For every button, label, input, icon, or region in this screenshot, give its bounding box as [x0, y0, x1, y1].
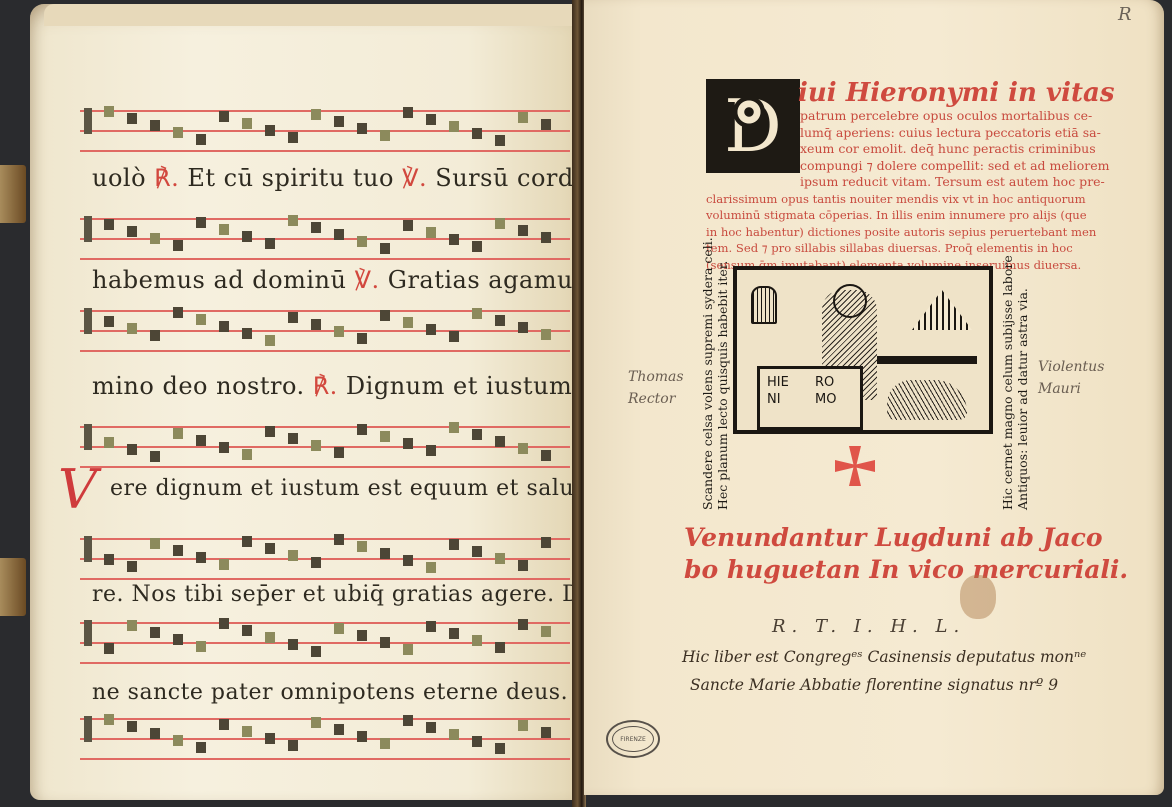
- neume-note: [357, 731, 367, 742]
- neume-note: [265, 632, 275, 643]
- neume-note: [242, 726, 252, 737]
- staff-line: [80, 662, 570, 664]
- ownership-inscription-line1: Hic liber est Congregᵉˢ Casinensis deput…: [682, 648, 1086, 666]
- neume-note: [426, 562, 436, 573]
- neume-note: [403, 438, 413, 449]
- neume-note: [127, 323, 137, 334]
- imprint-colophon: Venundantur Lugduni ab Jaco bo huguetan …: [684, 522, 1128, 586]
- neume-note: [426, 722, 436, 733]
- birdcage-icon: [751, 286, 777, 324]
- neume-note: [380, 310, 390, 321]
- neume-note: [380, 130, 390, 141]
- lyric-line: ere dignum et iustum est equum et saluta: [110, 476, 597, 501]
- neume-note: [541, 537, 551, 548]
- neume-note: [403, 555, 413, 566]
- lyric-line: ne sancte pater omnipotens eterne deus. …: [92, 680, 609, 705]
- woodcut-st-jerome: HIE NI RO MO: [733, 266, 993, 434]
- staff-line: [80, 426, 570, 428]
- neume-note: [449, 234, 459, 245]
- title-line: iui Hieronymi in vitas: [798, 78, 1115, 108]
- neume-note: [127, 113, 137, 124]
- neume-note: [472, 635, 482, 646]
- clef-icon: [84, 216, 92, 242]
- halo-icon: [833, 284, 867, 318]
- neume-note: [334, 116, 344, 127]
- neume-note: [449, 628, 459, 639]
- neume-note: [173, 240, 183, 251]
- music-staff: [80, 104, 570, 156]
- desk-label-right: RO MO: [815, 374, 836, 408]
- neume-note: [150, 627, 160, 638]
- music-staff: [80, 712, 570, 764]
- staff-line: [80, 310, 570, 312]
- verse-left-vertical: Scandere celsa volens supremi sydera cel…: [700, 266, 730, 510]
- neume-note: [495, 315, 505, 326]
- lyric-text: ere dignum et iustum est equum et saluta: [110, 476, 597, 501]
- neume-note: [288, 639, 298, 650]
- neume-note: [219, 618, 229, 629]
- lyric-text: habemus ad dominū: [92, 266, 346, 294]
- neume-note: [150, 728, 160, 739]
- neume-note: [173, 634, 183, 645]
- neume-note: [311, 557, 321, 568]
- lyric-line: uolò ℟. Et cū spiritu tuo ℣. Sursū co…: [92, 164, 630, 192]
- neume-note: [242, 231, 252, 242]
- neume-note: [541, 450, 551, 461]
- paragraph-line: patrum percelebre opus oculos mortalibus…: [800, 108, 1092, 125]
- neume-note: [541, 232, 551, 243]
- neume-note: [426, 227, 436, 238]
- neume-note: [449, 422, 459, 433]
- neume-note: [403, 715, 413, 726]
- rubric-initial-letter: V: [58, 458, 97, 521]
- neume-note: [196, 217, 206, 228]
- neume-note: [150, 120, 160, 131]
- neume-note: [357, 333, 367, 344]
- neume-note: [288, 215, 298, 226]
- neume-note: [242, 536, 252, 547]
- staff-line: [80, 350, 570, 352]
- neume-note: [265, 733, 275, 744]
- neume-note: [495, 642, 505, 653]
- lyric-text: uolò: [92, 164, 146, 192]
- neume-note: [265, 543, 275, 554]
- neume-note: [541, 727, 551, 738]
- neume-note: [518, 619, 528, 630]
- lyric-line: habemus ad dominū ℣. Gratias agamus do: [92, 266, 625, 294]
- neume-note: [311, 646, 321, 657]
- neume-note: [380, 738, 390, 749]
- neume-note: [265, 125, 275, 136]
- neume-note: [518, 225, 528, 236]
- neume-note: [173, 735, 183, 746]
- neume-note: [104, 437, 114, 448]
- cross-pattee-icon: [835, 446, 875, 486]
- staff-line: [80, 258, 570, 260]
- neume-note: [219, 719, 229, 730]
- neume-note: [449, 121, 459, 132]
- flower-ornament-icon: [733, 96, 765, 128]
- neume-note: [173, 428, 183, 439]
- neume-note: [334, 229, 344, 240]
- staff-line: [80, 758, 570, 760]
- neume-note: [196, 641, 206, 652]
- music-staff: [80, 616, 570, 668]
- neume-note: [311, 440, 321, 451]
- neume-note: [472, 241, 482, 252]
- neume-note: [196, 742, 206, 753]
- neume-note: [150, 451, 160, 462]
- neume-note: [104, 106, 114, 117]
- neume-note: [495, 553, 505, 564]
- neume-note: [265, 426, 275, 437]
- neume-note: [495, 135, 505, 146]
- staff-line: [80, 110, 570, 112]
- music-staff: [80, 532, 570, 584]
- neume-note: [403, 220, 413, 231]
- neume-note: [380, 548, 390, 559]
- neume-note: [403, 317, 413, 328]
- lyric-text: ne sancte pater omnipotens eterne deus. …: [92, 680, 609, 705]
- neume-note: [242, 449, 252, 460]
- neume-note: [518, 112, 528, 123]
- lion-icon: [887, 380, 967, 420]
- neume-note: [518, 443, 528, 454]
- neume-note: [380, 431, 390, 442]
- neume-note: [380, 243, 390, 254]
- lyric-text: mino deo nostro.: [92, 372, 305, 400]
- neume-note: [104, 554, 114, 565]
- library-stamp: FIRENZE: [606, 720, 660, 758]
- neume-note: [472, 308, 482, 319]
- neume-note: [403, 644, 413, 655]
- neume-note: [357, 123, 367, 134]
- neume-note: [265, 238, 275, 249]
- neume-note: [173, 127, 183, 138]
- paragraph-line: clarissimum opus tantis nouiter mendis v…: [706, 191, 1086, 208]
- clef-icon: [84, 536, 92, 562]
- neume-note: [426, 114, 436, 125]
- neume-note: [357, 541, 367, 552]
- neume-note: [334, 326, 344, 337]
- woodcut-drop-cap: D: [706, 79, 800, 173]
- neume-note: [242, 625, 252, 636]
- ink-stain: [960, 575, 996, 619]
- neume-note: [472, 546, 482, 557]
- neume-note: [127, 561, 137, 572]
- neume-note: [104, 714, 114, 725]
- neume-note: [334, 447, 344, 458]
- desk-label-left: HIE NI: [767, 374, 789, 408]
- neume-note: [426, 324, 436, 335]
- neume-note: [311, 319, 321, 330]
- paragraph-line: tem. Sed ⁊ pro sillabis sillabas diuersa…: [706, 240, 1073, 257]
- paragraph-line: in hoc habentur) dictiones posite autori…: [706, 224, 1096, 241]
- neume-note: [219, 224, 229, 235]
- neume-note: [104, 643, 114, 654]
- ownership-inscription-line2: Sancte Marie Abbatie florentine signatus…: [690, 676, 1058, 694]
- table-icon: [877, 356, 977, 364]
- neume-note: [196, 314, 206, 325]
- neume-note: [472, 429, 482, 440]
- staff-line: [80, 718, 570, 720]
- lyric-line: re. Nos tibi sep̄er et ubiq̄ gratias age…: [92, 582, 623, 607]
- neume-note: [311, 717, 321, 728]
- neume-note: [127, 721, 137, 732]
- neume-note: [449, 331, 459, 342]
- rubric-mark: ℟.: [146, 164, 187, 192]
- neume-note: [541, 119, 551, 130]
- neume-note: [518, 560, 528, 571]
- neume-note: [403, 107, 413, 118]
- neume-note: [196, 435, 206, 446]
- neume-note: [449, 539, 459, 550]
- music-staff: [80, 420, 570, 472]
- neume-note: [495, 436, 505, 447]
- neume-note: [334, 534, 344, 545]
- neume-note: [541, 329, 551, 340]
- neume-note: [150, 538, 160, 549]
- verse-right-vertical: Hic cernet magno celum subijsse labore A…: [1000, 266, 1030, 510]
- neume-note: [127, 226, 137, 237]
- neume-note: [288, 433, 298, 444]
- neume-note: [196, 552, 206, 563]
- clef-icon: [84, 620, 92, 646]
- marginalia-left: Thomas Rector: [628, 366, 684, 410]
- neume-note: [242, 118, 252, 129]
- neume-note: [426, 621, 436, 632]
- corner-mark: R: [1118, 4, 1132, 25]
- neume-note: [173, 307, 183, 318]
- music-staff: [80, 304, 570, 356]
- neume-note: [357, 236, 367, 247]
- neume-note: [127, 620, 137, 631]
- neume-note: [173, 545, 183, 556]
- neume-note: [541, 626, 551, 637]
- neume-note: [472, 736, 482, 747]
- neume-note: [426, 445, 436, 456]
- music-staff: [80, 212, 570, 264]
- neume-note: [288, 132, 298, 143]
- neume-note: [196, 134, 206, 145]
- neume-note: [357, 424, 367, 435]
- neume-note: [219, 111, 229, 122]
- neume-note: [357, 630, 367, 641]
- neume-note: [449, 729, 459, 740]
- neume-note: [104, 316, 114, 327]
- neume-note: [380, 637, 390, 648]
- book-wheel-icon: [912, 290, 972, 330]
- paragraph-line: compungi ⁊ dolere compellit: sed et ad m…: [800, 158, 1110, 175]
- neume-note: [288, 312, 298, 323]
- staff-line: [80, 466, 570, 468]
- neume-note: [219, 559, 229, 570]
- neume-note: [472, 128, 482, 139]
- neume-note: [288, 550, 298, 561]
- rubric-mark: ℟.: [305, 372, 346, 400]
- neume-note: [219, 442, 229, 453]
- clef-icon: [84, 716, 92, 742]
- page-top-edge: [44, 4, 578, 26]
- clef-icon: [84, 108, 92, 134]
- lyric-line: mino deo nostro. ℟. Dignum et iustum est…: [92, 372, 626, 400]
- staff-line: [80, 578, 570, 580]
- rubric-mark: ℣.: [394, 164, 435, 192]
- book-clasp-tab-lower: [0, 558, 26, 616]
- neume-note: [518, 322, 528, 333]
- marginalia-right: Violentus Mauri: [1038, 356, 1104, 400]
- neume-note: [518, 720, 528, 731]
- paragraph-line: lumq̄ aperiens: cuius lectura peccatoris…: [800, 125, 1101, 142]
- neume-note: [127, 444, 137, 455]
- neume-note: [288, 740, 298, 751]
- paragraph-line: ipsum reducit vitam. Tersum est autem ho…: [800, 174, 1105, 191]
- initials-inscription: R. T. I. H. L.: [772, 616, 965, 637]
- staff-line: [80, 622, 570, 624]
- neume-note: [334, 623, 344, 634]
- neume-note: [495, 743, 505, 754]
- neume-note: [219, 321, 229, 332]
- clef-icon: [84, 424, 92, 450]
- neume-note: [265, 335, 275, 346]
- clef-icon: [84, 308, 92, 334]
- lyric-text: Et cū spiritu tuo: [187, 164, 394, 192]
- book-clasp-tab-upper: [0, 165, 26, 223]
- neume-note: [242, 328, 252, 339]
- rubric-mark: ℣.: [346, 266, 387, 294]
- neume-note: [311, 109, 321, 120]
- lyric-text: re. Nos tibi sep̄er et ubiq̄ gratias age…: [92, 582, 623, 607]
- paragraph-line: voluminū stigmata cōperias. In illis en…: [706, 207, 1087, 224]
- staff-line: [80, 150, 570, 152]
- neume-note: [150, 233, 160, 244]
- neume-note: [311, 222, 321, 233]
- neume-note: [104, 219, 114, 230]
- neume-note: [150, 330, 160, 341]
- paragraph-line: xeum cor emolit. deq̄ hunc peractis crim…: [800, 141, 1096, 158]
- neume-note: [495, 218, 505, 229]
- neume-note: [334, 724, 344, 735]
